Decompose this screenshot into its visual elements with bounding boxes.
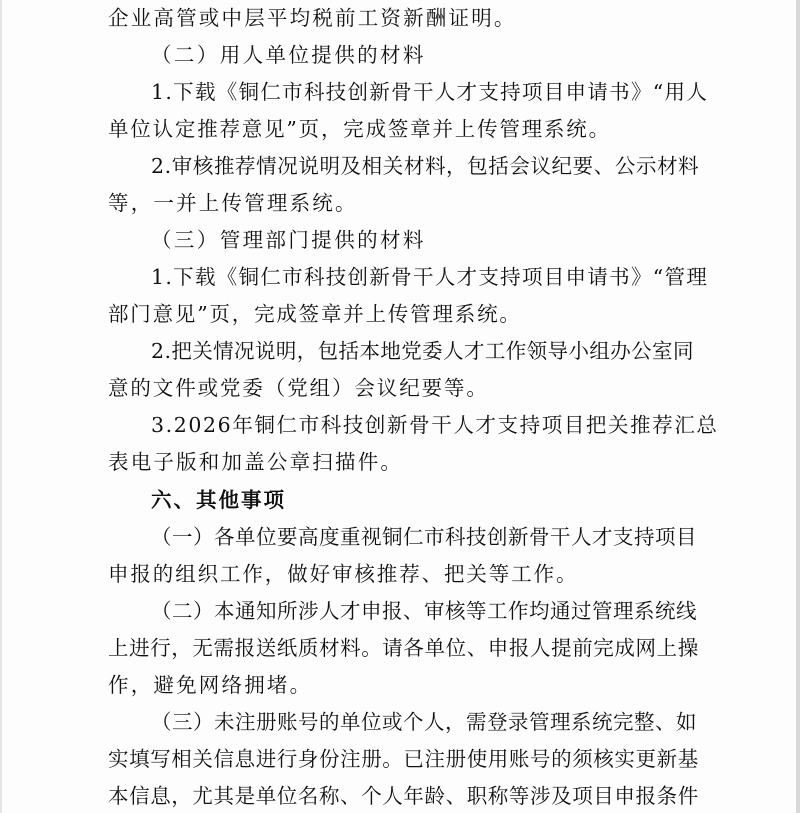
text-line: （三）未注册账号的单位或个人，需登录管理系统完整、如 (151, 704, 697, 741)
text-line: 本信息，尤其是单位名称、个人年龄、职称等涉及项目申报条件 (108, 778, 699, 813)
text-line: 3.2026年铜仁市科技创新骨干人才支持项目把关推荐汇总 (151, 407, 719, 444)
section-heading-other-matters: 六、其他事项 (151, 482, 286, 519)
text-line: 实填写相关信息进行身份注册。已注册使用账号的须核实更新基 (108, 741, 699, 778)
page-right-edge (796, 0, 800, 813)
text-line: 意的文件或党委（党组）会议纪要等。 (108, 370, 489, 407)
text-line: 申报的组织工作，做好审核推荐、把关等工作。 (108, 556, 578, 593)
text-line: 1.下载《铜仁市科技创新骨干人才支持项目申请书》“管理 (151, 259, 708, 296)
text-line: （一）各单位要高度重视铜仁市科技创新骨干人才支持项目 (151, 519, 697, 556)
text-line: 作，避免网络拥堵。 (108, 667, 312, 704)
subheading-employer-materials: （二）用人单位提供的材料 (151, 37, 426, 74)
subheading-department-materials: （三）管理部门提供的材料 (151, 222, 426, 259)
text-line: 部门意见”页，完成签章并上传管理系统。 (108, 296, 522, 333)
text-line: 等，一并上传管理系统。 (108, 185, 358, 222)
text-line: 2.把关情况说明，包括本地党委人才工作领导小组办公室同 (151, 333, 694, 370)
text-line: 1.下载《铜仁市科技创新骨干人才支持项目申请书》“用人 (151, 74, 708, 111)
text-line: 单位认定推荐意见”页，完成签章并上传管理系统。 (108, 111, 611, 148)
text-line: 上进行，无需报送纸质材料。请各单位、申报人提前完成网上操 (108, 630, 699, 667)
text-line: 2.审核推荐情况说明及相关材料，包括会议纪要、公示材料 (151, 148, 699, 185)
text-line: （二）本通知所涉人才申报、审核等工作均通过管理系统线 (151, 593, 697, 630)
text-line: 企业高管或中层平均税前工资新酬证明。 (108, 0, 517, 37)
text-line: 表电子版和加盖公章扫描件。 (108, 444, 403, 481)
page-left-edge (0, 0, 2, 813)
